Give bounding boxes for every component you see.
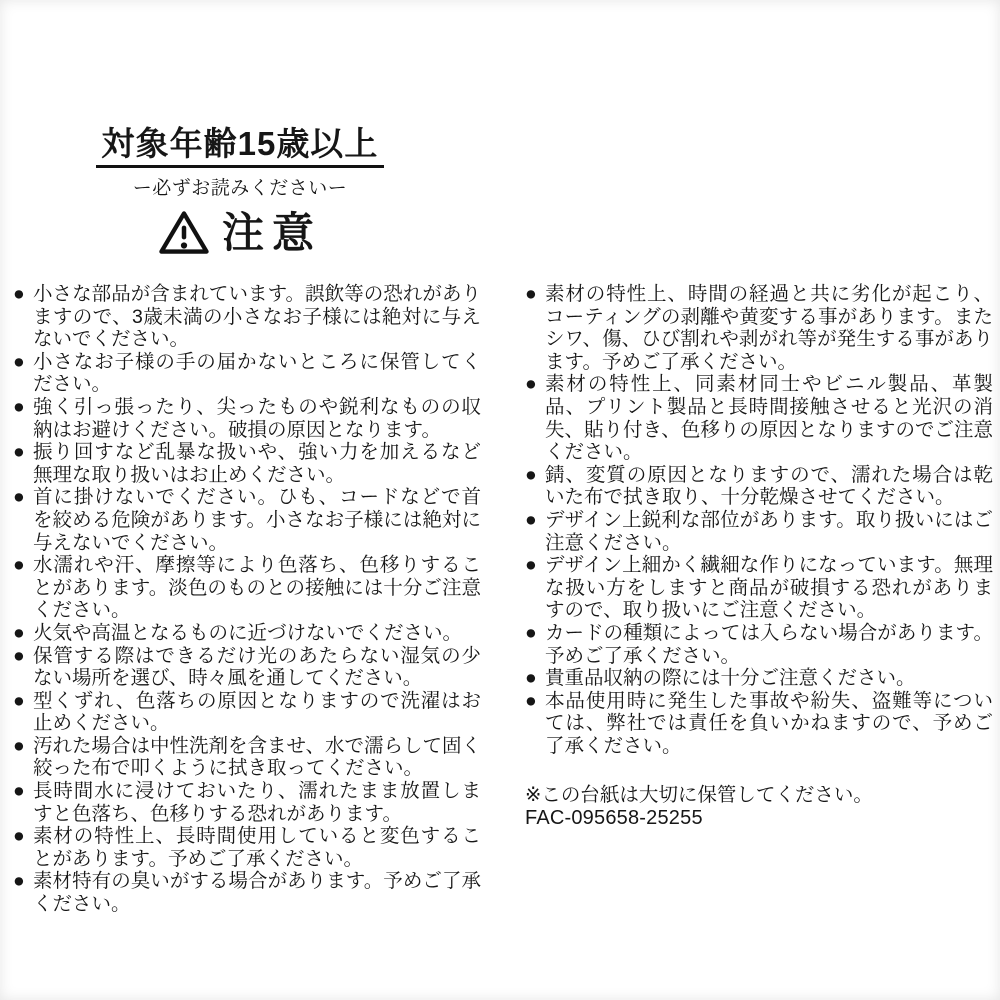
- caution-list-item: ●保管する際はできるだけ光のあたらない湿気の少ない場所を選び、時々風を通してくだ…: [13, 645, 481, 690]
- footer: ※この台紙は大切に保管してください。FAC-095658-25255: [525, 784, 993, 830]
- caution-text: 首に掛けないでください。ひも、コードなどで首を絞める危険があります。小さなお子様…: [33, 486, 481, 553]
- bullet-icon: ●: [525, 690, 537, 713]
- caution-list-item: ●本品使用時に発生した事故や紛失、盗難等については、弊社では責任を負いかねますの…: [525, 690, 993, 758]
- caution-text: 型くずれ、色落ちの原因となりますので洗濯はお止めください。: [33, 690, 481, 735]
- caution-list-item: ●型くずれ、色落ちの原因となりますので洗濯はお止めください。: [13, 690, 481, 735]
- caution-list-item: ●強く引っ張ったり、尖ったものや鋭利なものの収納はお避けください。破損の原因とな…: [13, 396, 481, 441]
- bullet-icon: ●: [525, 622, 537, 645]
- caution-list-item: ●汚れた場合は中性洗剤を含ませ、水で濡らして固く絞った布で叩くように拭き取ってく…: [13, 735, 481, 780]
- bullet-icon: ●: [13, 554, 25, 577]
- bullet-icon: ●: [13, 351, 25, 374]
- caution-list-item: ●貴重品収納の際には十分ご注意ください。: [525, 667, 993, 690]
- bullet-icon: ●: [13, 735, 25, 758]
- bullet-icon: ●: [525, 667, 537, 690]
- bullet-icon: ●: [525, 464, 537, 487]
- bullet-icon: ●: [13, 780, 25, 803]
- caution-list-item: ●小さなお子様の手の届かないところに保管してください。: [13, 351, 481, 396]
- caution-heading: 注意: [0, 209, 480, 256]
- bullet-icon: ●: [13, 396, 25, 419]
- caution-list-item: ●振り回すなど乱暴な扱いや、強い力を加えるなど無理な取り扱いはお止めください。: [13, 441, 481, 486]
- bullet-icon: ●: [13, 870, 25, 893]
- caution-list-item: ●水濡れや汗、摩擦等により色落ち、色移りすることがあります。淡色のものとの接触に…: [13, 554, 481, 622]
- caution-text: 汚れた場合は中性洗剤を含ませ、水で濡らして固く絞った布で叩くように拭き取ってくだ…: [33, 735, 481, 780]
- bullet-icon: ●: [13, 486, 25, 509]
- caution-text: 素材特有の臭いがする場合があります。予めご了承ください。: [33, 870, 481, 915]
- caution-label: 注意: [222, 212, 322, 254]
- caution-text: 小さな部品が含まれています。誤飲等の恐れがありますので、3歳未満の小さなお子様に…: [33, 283, 481, 350]
- bullet-icon: ●: [525, 283, 537, 306]
- caution-text: 素材の特性上、時間の経過と共に劣化が起こり、コーティングの剥離や黄変する事があり…: [545, 283, 993, 373]
- caution-text: 素材の特性上、同素材同士やビニル製品、革製品、プリント製品と長時間接触させると光…: [545, 373, 993, 463]
- warning-column-right: ●素材の特性上、時間の経過と共に劣化が起こり、コーティングの剥離や黄変する事があ…: [525, 283, 993, 916]
- page-title: 対象年齢15歳以上: [96, 126, 385, 168]
- warning-column-left: ●小さな部品が含まれています。誤飲等の恐れがありますので、3歳未満の小さなお子様…: [13, 283, 481, 916]
- caution-list-item: ●素材の特性上、時間の経過と共に劣化が起こり、コーティングの剥離や黄変する事があ…: [525, 283, 993, 373]
- caution-text: 長時間水に浸けておいたり、濡れたまま放置しますと色落ち、色移りする恐れがあります…: [33, 780, 481, 825]
- caution-list-item: ●小さな部品が含まれています。誤飲等の恐れがありますので、3歳未満の小さなお子様…: [13, 283, 481, 351]
- bullet-icon: ●: [525, 554, 537, 577]
- warning-columns: ●小さな部品が含まれています。誤飲等の恐れがありますので、3歳未満の小さなお子様…: [13, 283, 990, 916]
- caution-text: 振り回すなど乱暴な扱いや、強い力を加えるなど無理な取り扱いはお止めください。: [33, 441, 481, 486]
- caution-text: 保管する際はできるだけ光のあたらない湿気の少ない場所を選び、時々風を通してくださ…: [33, 645, 481, 690]
- caution-list-item: ●デザイン上鋭利な部位があります。取り扱いにはご注意ください。: [525, 509, 993, 554]
- bullet-icon: ●: [13, 441, 25, 464]
- caution-text: 小さなお子様の手の届かないところに保管してください。: [33, 351, 481, 396]
- caution-list-item: ●長時間水に浸けておいたり、濡れたまま放置しますと色落ち、色移りする恐れがありま…: [13, 780, 481, 825]
- caution-text: 強く引っ張ったり、尖ったものや鋭利なものの収納はお避けください。破損の原因となり…: [33, 396, 481, 441]
- caution-list-item: ●素材の特性上、長時間使用していると変色することがあります。予めご了承ください。: [13, 825, 481, 870]
- caution-text: 火気や高温となるものに近づけないでください。: [33, 622, 462, 644]
- caution-text: デザイン上鋭利な部位があります。取り扱いにはご注意ください。: [545, 509, 993, 554]
- keep-card-note: ※この台紙は大切に保管してください。: [525, 784, 993, 807]
- caution-list-item: ●素材特有の臭いがする場合があります。予めご了承ください。: [13, 870, 481, 915]
- caution-text: 素材の特性上、長時間使用していると変色することがあります。予めご了承ください。: [33, 825, 481, 870]
- caution-list-item: ●素材の特性上、同素材同士やビニル製品、革製品、プリント製品と長時間接触させると…: [525, 373, 993, 463]
- bullet-icon: ●: [525, 509, 537, 532]
- product-code: FAC-095658-25255: [525, 807, 993, 830]
- caution-card-page: 対象年齢15歳以上 ー必ずお読みくださいー 注意 ●小さな部品が含まれています。…: [0, 0, 1000, 1000]
- caution-text: 水濡れや汗、摩擦等により色落ち、色移りすることがあります。淡色のものとの接触には…: [33, 554, 481, 621]
- caution-text: 錆、変質の原因となりますので、濡れた場合は乾いた布で拭き取り、十分乾燥させてくだ…: [545, 464, 993, 509]
- bullet-icon: ●: [13, 825, 25, 848]
- header: 対象年齢15歳以上 ー必ずお読みくださいー 注意: [0, 126, 480, 256]
- caution-text: カードの種類によっては入らない場合があります。予めご了承ください。: [545, 622, 993, 667]
- caution-text: デザイン上細かく繊細な作りになっています。無理な扱い方をしますと商品が破損する恐…: [545, 554, 993, 621]
- bullet-icon: ●: [13, 622, 25, 645]
- bullet-icon: ●: [13, 645, 25, 668]
- caution-list-item: ●火気や高温となるものに近づけないでください。: [13, 622, 481, 645]
- bullet-icon: ●: [525, 373, 537, 396]
- bullet-icon: ●: [13, 283, 25, 306]
- caution-list-item: ●首に掛けないでください。ひも、コードなどで首を絞める危険があります。小さなお子…: [13, 486, 481, 554]
- caution-text: 貴重品収納の際には十分ご注意ください。: [545, 667, 916, 689]
- caution-list-item: ●デザイン上細かく繊細な作りになっています。無理な扱い方をしますと商品が破損する…: [525, 554, 993, 622]
- caution-list-item: ●錆、変質の原因となりますので、濡れた場合は乾いた布で拭き取り、十分乾燥させてく…: [525, 464, 993, 509]
- caution-text: 本品使用時に発生した事故や紛失、盗難等については、弊社では責任を負いかねますので…: [545, 690, 993, 757]
- caution-list-item: ●カードの種類によっては入らない場合があります。予めご了承ください。: [525, 622, 993, 667]
- header-subtitle: ー必ずお読みくださいー: [0, 173, 480, 200]
- bullet-icon: ●: [13, 690, 25, 713]
- warning-triangle-icon: [158, 209, 210, 256]
